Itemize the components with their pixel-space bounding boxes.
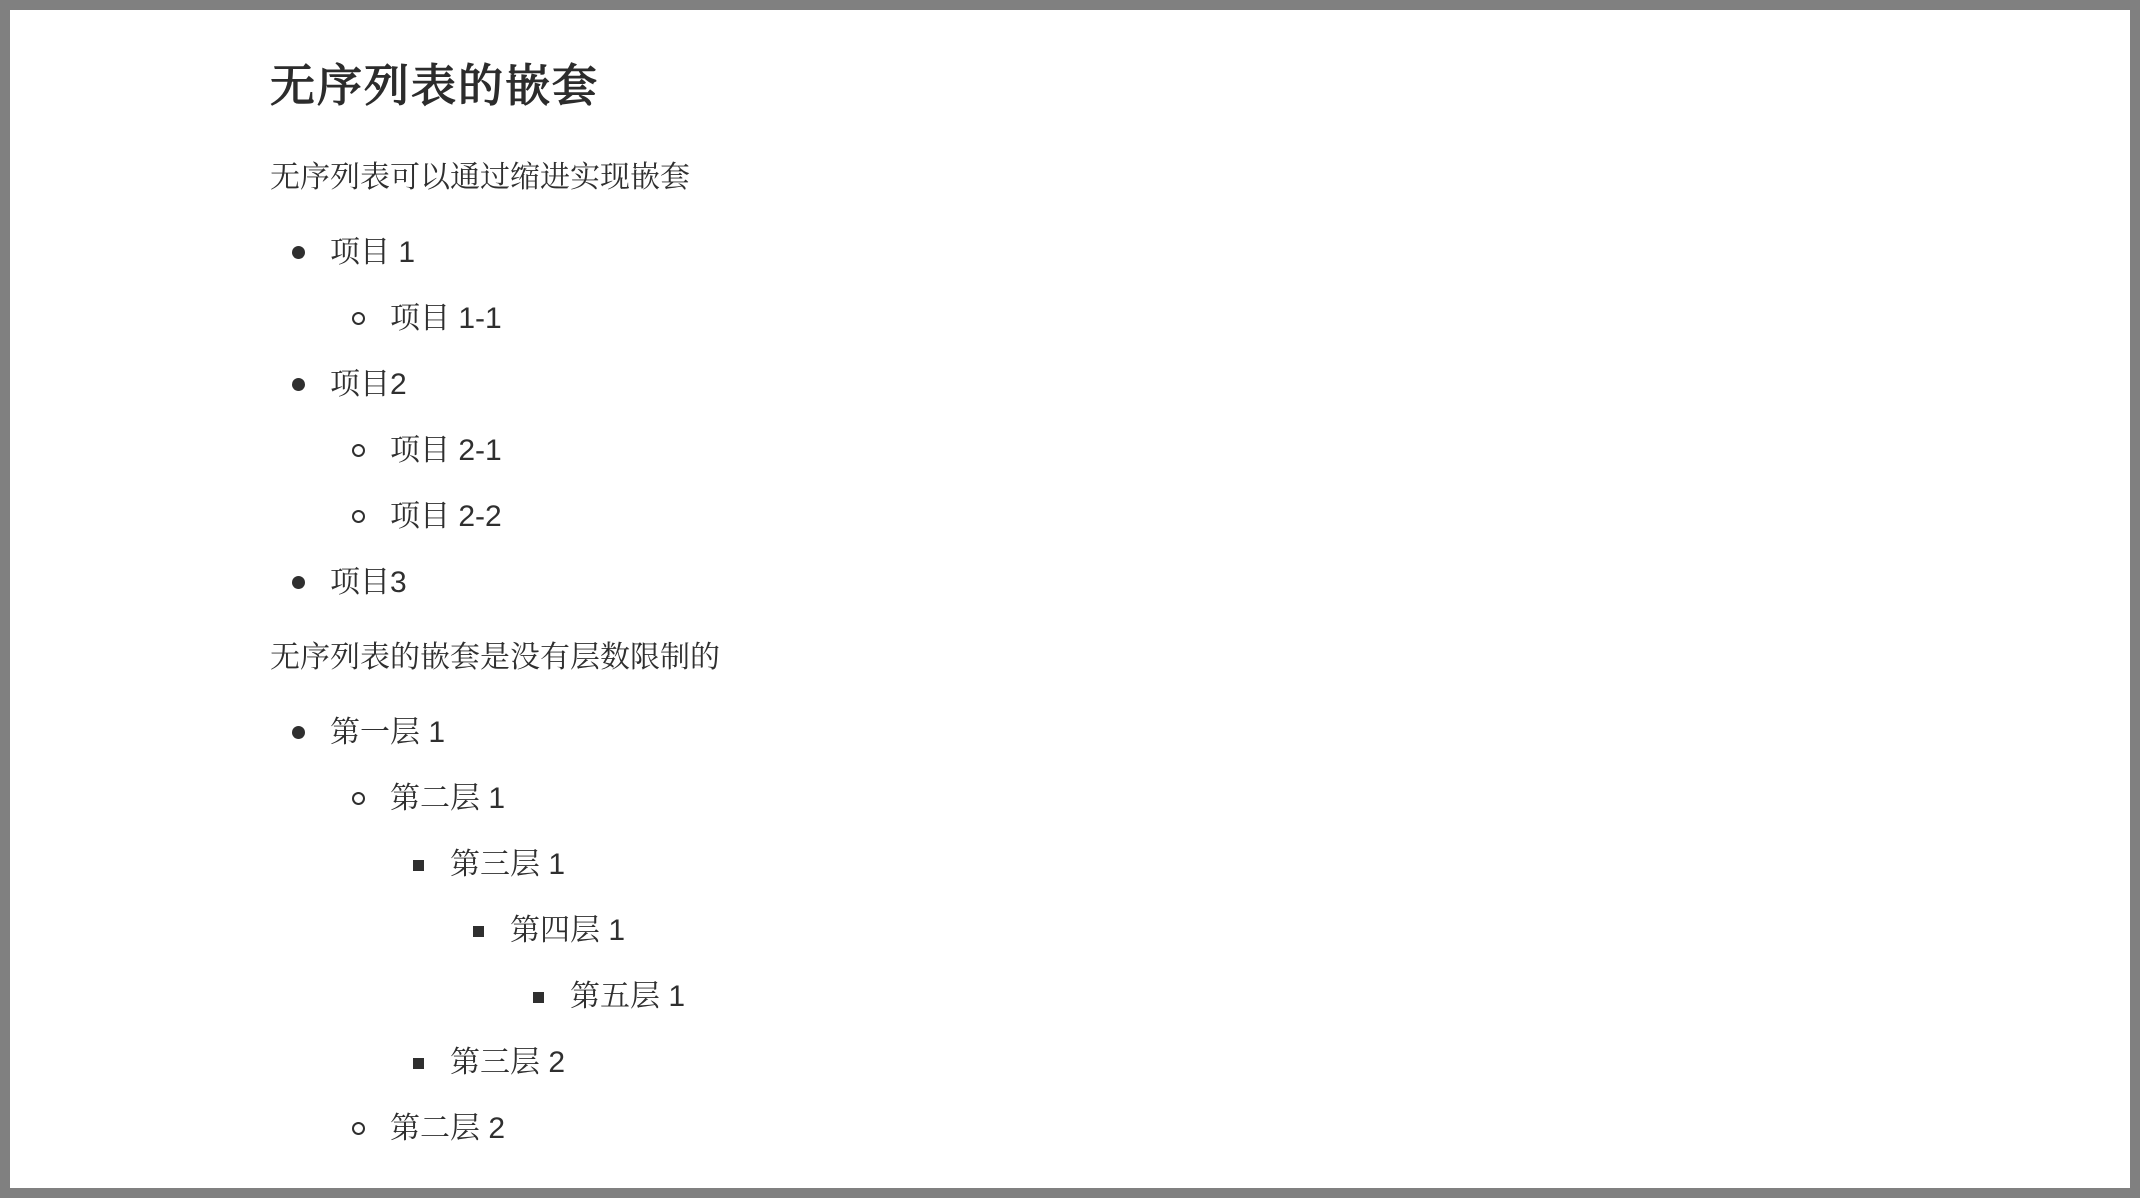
list-item-label: 项目 2-2 xyxy=(390,500,502,533)
document-content: 无序列表的嵌套 无序列表可以通过缩进实现嵌套 项目 1 项目 1-1 项目2 xyxy=(10,10,2130,1151)
list-item: 项目3 xyxy=(330,561,2090,605)
list-item-label: 第二层 2 xyxy=(390,1112,505,1145)
nested-sublist: 第五层 1 xyxy=(510,975,2090,1019)
disc-bullet-icon xyxy=(292,576,305,589)
circle-bullet-icon xyxy=(352,444,365,457)
list-item-label: 第三层 1 xyxy=(450,848,565,881)
nested-sublist: 第三层 1 第四层 1 第五层 1 xyxy=(390,843,2090,1085)
list-item: 第二层 1 第三层 1 第四层 1 xyxy=(390,777,2090,1085)
list-item: 项目2 项目 2-1 项目 2-2 xyxy=(330,363,2090,539)
nested-list-1: 项目 1 项目 1-1 项目2 项目 2-1 xyxy=(270,231,2090,605)
list-item: 第三层 1 第四层 1 第五层 1 xyxy=(450,843,2090,1019)
list-item: 项目 2-1 xyxy=(390,429,2090,473)
list-item-label: 第二层 1 xyxy=(390,782,505,815)
square-bullet-icon xyxy=(473,926,484,937)
circle-bullet-icon xyxy=(352,312,365,325)
list-item: 第二层 2 xyxy=(390,1107,2090,1151)
nested-list-2: 第一层 1 第二层 1 第三层 1 xyxy=(270,711,2090,1151)
list-item-label: 项目 1 xyxy=(330,236,415,269)
list-item-label: 第三层 2 xyxy=(450,1046,565,1079)
circle-bullet-icon xyxy=(352,792,365,805)
circle-bullet-icon xyxy=(352,510,365,523)
nested-sublist: 第二层 1 第三层 1 第四层 1 xyxy=(330,777,2090,1151)
disc-bullet-icon xyxy=(292,378,305,391)
list-item: 第三层 2 xyxy=(450,1041,2090,1085)
list-item-label: 第五层 1 xyxy=(570,980,685,1013)
list-item-label: 第四层 1 xyxy=(510,914,625,947)
circle-bullet-icon xyxy=(352,1122,365,1135)
list-item: 第四层 1 第五层 1 xyxy=(510,909,2090,1019)
nested-sublist: 第四层 1 第五层 1 xyxy=(450,909,2090,1019)
nested-sublist: 项目 2-1 项目 2-2 xyxy=(330,429,2090,539)
disc-bullet-icon xyxy=(292,726,305,739)
square-bullet-icon xyxy=(533,992,544,1003)
list-item: 第一层 1 第二层 1 第三层 1 xyxy=(330,711,2090,1151)
list-item: 项目 2-2 xyxy=(390,495,2090,539)
square-bullet-icon xyxy=(413,1058,424,1069)
square-bullet-icon xyxy=(413,860,424,871)
note-paragraph: 无序列表的嵌套是没有层数限制的 xyxy=(270,636,2090,680)
nested-sublist: 项目 1-1 xyxy=(330,297,2090,341)
intro-paragraph: 无序列表可以通过缩进实现嵌套 xyxy=(270,156,2090,200)
list-item-label: 项目 1-1 xyxy=(390,302,502,335)
disc-bullet-icon xyxy=(292,246,305,259)
list-item: 第五层 1 xyxy=(570,975,2090,1019)
list-item-label: 项目3 xyxy=(330,566,407,599)
document-page: 无序列表的嵌套 无序列表可以通过缩进实现嵌套 项目 1 项目 1-1 项目2 xyxy=(10,10,2130,1188)
list-item-label: 项目 2-1 xyxy=(390,434,502,467)
list-item-label: 项目2 xyxy=(330,368,407,401)
list-item: 项目 1-1 xyxy=(390,297,2090,341)
list-item: 项目 1 项目 1-1 xyxy=(330,231,2090,341)
list-item-label: 第一层 1 xyxy=(330,716,445,749)
page-title: 无序列表的嵌套 xyxy=(270,57,2090,115)
